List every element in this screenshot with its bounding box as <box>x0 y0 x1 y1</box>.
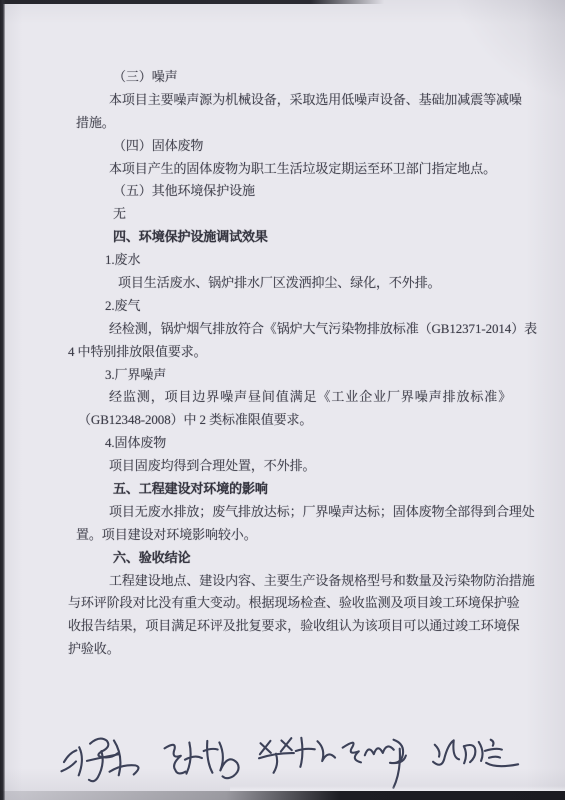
signature-3-scribble <box>251 728 341 779</box>
text-line: 本项目主要噪声源为机械设备，采取选用低噪声设备、基础加减震等减噪 <box>76 89 516 112</box>
text-line: 4 中特别排放限值要求。 <box>68 341 516 364</box>
document-body: （三）噪声本项目主要噪声源为机械设备，采取选用低噪声设备、基础加减震等减噪措施。… <box>76 66 516 661</box>
signature-1-scribble <box>53 727 154 790</box>
text-line: 项目生活废水、锅炉排水厂区泼洒抑尘、绿化，不外排。 <box>76 272 516 295</box>
signature-3 <box>251 728 341 784</box>
text-line: （GB12348-2008）中 2 类标准限值要求。 <box>76 409 516 432</box>
signature-4-scribble <box>335 729 424 795</box>
text-line: 4.固体废物 <box>76 432 516 455</box>
signature-1 <box>53 727 154 795</box>
text-line: 项目固废均得到合理处置，不外排。 <box>76 455 516 478</box>
text-line: 置。项目建设对环境影响较小。 <box>76 524 516 547</box>
signature-5-scribble <box>428 729 527 779</box>
signature-row <box>0 722 565 792</box>
scanned-page: { "page": { "kind": "scanned acceptance … <box>0 0 565 800</box>
signature-2-scribble <box>157 730 251 785</box>
signature-2 <box>157 730 251 790</box>
text-line: （三）噪声 <box>76 66 516 89</box>
text-line: 3.厂界噪声 <box>76 364 516 387</box>
text-line: 收报告结果，项目满足环评及批复要求，验收组认为该项目可以通过竣工环境保 <box>68 615 516 638</box>
text-line: 无 <box>76 203 516 226</box>
text-line: 护验收。 <box>68 638 516 661</box>
scan-edge-left <box>0 0 5 800</box>
text-line: 与环评阶段对比没有重大变动。根据现场检查、验收监测及项目竣工环境保护验 <box>68 592 516 615</box>
text-line: 2.废气 <box>76 295 516 318</box>
scan-edge-top <box>0 0 565 4</box>
section-heading: 四、环境保护设施调试效果 <box>76 226 516 249</box>
text-line: 经监测，项目边界噪声昼间值满足《工业企业厂界噪声排放标准》 <box>76 386 516 409</box>
text-line: （五）其他环境保护设施 <box>76 180 516 203</box>
section-heading: 五、工程建设对环境的影响 <box>76 478 516 501</box>
text-line: 项目无废水排放；废气排放达标；厂界噪声达标；固体废物全部得到合理处 <box>76 501 516 524</box>
signature-5 <box>428 729 527 784</box>
text-line: （四）固体废物 <box>76 135 516 158</box>
text-line: 1.废水 <box>76 249 516 272</box>
text-line: 工程建设地点、建设内容、主要生产设备规格型号和数量及污染物防治措施 <box>76 570 516 593</box>
text-line: 本项目产生的固体废物为职工生活垃圾定期运至环卫部门指定地点。 <box>76 158 516 181</box>
text-line: 措施。 <box>76 112 516 135</box>
signature-4 <box>335 729 424 800</box>
text-line: 经检测，锅炉烟气排放符合《锅炉大气污染物排放标准（GB12371-2014）表 <box>76 318 516 341</box>
section-heading: 六、验收结论 <box>76 547 516 570</box>
